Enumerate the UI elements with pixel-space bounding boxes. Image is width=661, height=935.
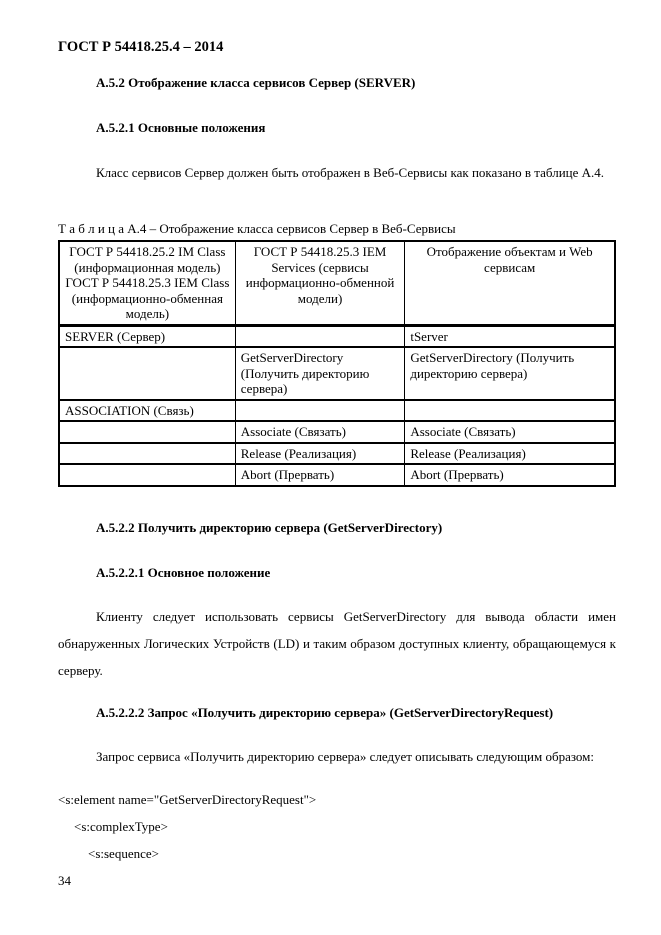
table-cell: tServer: [405, 325, 615, 347]
doc-header-title: ГОСТ Р 54418.25.4 – 2014: [58, 34, 616, 61]
table-cell: [59, 464, 235, 486]
table-cell: GetServerDirectory (Получить директорию …: [405, 347, 615, 400]
table-cell: [59, 421, 235, 443]
table-row: Associate (Связать) Associate (Связать): [59, 421, 615, 443]
section-heading-a52: А.5.2 Отображение класса сервисов Сервер…: [96, 69, 616, 96]
table-cell: [405, 400, 615, 422]
table-a4-caption: Т а б л и ц а А.4 – Отображение класса с…: [58, 218, 616, 239]
table-cell: GetServerDirectory (Получить директорию …: [235, 347, 405, 400]
paragraph-mapping: Класс сервисов Сервер должен быть отобра…: [58, 159, 616, 186]
table-header-cell: ГОСТ Р 54418.25.3 IEM Services (сервисы …: [235, 241, 405, 325]
table-header-row: ГОСТ Р 54418.25.2 IM Class (информационн…: [59, 241, 615, 325]
table-row: SERVER (Сервер) tServer: [59, 325, 615, 347]
table-row: ASSOCIATION (Связь): [59, 400, 615, 422]
table-cell: Abort (Прервать): [235, 464, 405, 486]
section-heading-a521: А.5.2.1 Основные положения: [96, 114, 616, 141]
table-cell: Release (Реализация): [405, 443, 615, 465]
section-heading-a5221: А.5.2.2.1 Основное положение: [96, 559, 616, 586]
table-row: GetServerDirectory (Получить директорию …: [59, 347, 615, 400]
section-heading-a522: А.5.2.2 Получить директорию сервера (Get…: [96, 514, 616, 541]
document-page: ГОСТ Р 54418.25.4 – 2014 А.5.2 Отображен…: [0, 0, 661, 935]
table-cell: [59, 443, 235, 465]
table-a4: ГОСТ Р 54418.25.2 IM Class (информационн…: [58, 240, 616, 487]
table-cell: Release (Реализация): [235, 443, 405, 465]
table-cell: [235, 400, 405, 422]
code-line: <s:sequence>: [58, 840, 616, 867]
paragraph-client: Клиенту следует использовать сервисы Get…: [58, 603, 616, 684]
table-header-cell: Отображение объектам и Web сервисам: [405, 241, 615, 325]
table-row: Abort (Прервать) Abort (Прервать): [59, 464, 615, 486]
page-number: 34: [58, 867, 616, 894]
table-cell: Abort (Прервать): [405, 464, 615, 486]
table-cell: ASSOCIATION (Связь): [59, 400, 235, 422]
table-cell: Associate (Связать): [405, 421, 615, 443]
table-cell: SERVER (Сервер): [59, 325, 235, 347]
code-block: <s:element name="GetServerDirectoryReque…: [58, 786, 616, 867]
table-row: Release (Реализация) Release (Реализация…: [59, 443, 615, 465]
paragraph-request: Запрос сервиса «Получить директорию серв…: [58, 743, 616, 770]
table-header-cell: ГОСТ Р 54418.25.2 IM Class (информационн…: [59, 241, 235, 325]
section-heading-a5222: А.5.2.2.2 Запрос «Получить директорию се…: [96, 699, 616, 726]
table-cell: Associate (Связать): [235, 421, 405, 443]
code-line: <s:complexType>: [58, 813, 616, 840]
code-line: <s:element name="GetServerDirectoryReque…: [58, 786, 616, 813]
table-cell: [235, 325, 405, 347]
table-cell: [59, 347, 235, 400]
